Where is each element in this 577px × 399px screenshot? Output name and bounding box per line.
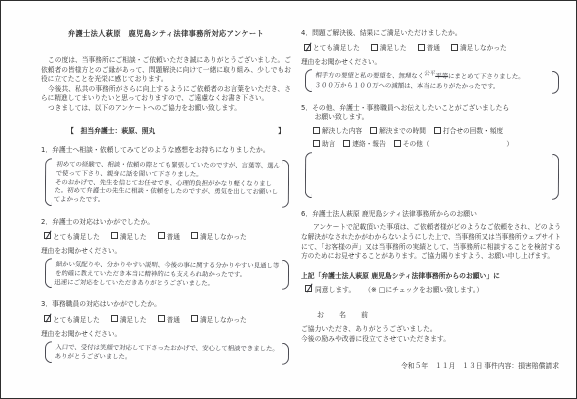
- option-label: 解決までの時間: [379, 125, 426, 135]
- intro-paragraph-3: つきましては、以下のアンケートへのご協力をお願い致します。: [41, 104, 291, 114]
- checkbox-icon: [111, 315, 118, 322]
- checkbox-icon: [304, 44, 311, 51]
- option-label: 満足しなかった: [200, 314, 247, 324]
- answer-option: 満足した: [111, 231, 147, 241]
- option-label: 満足した: [120, 314, 147, 324]
- question-5-answer-box-empty: [305, 152, 559, 200]
- topic-option: 助言: [313, 138, 335, 148]
- option-label: とても満足した: [313, 42, 360, 52]
- document-title: 弁護士法人萩原 鹿児島シティ法律事務所対応アンケート: [41, 29, 291, 39]
- handwritten-answer-5-empty: [313, 152, 551, 200]
- closing-line-2: 今後の励みや改善に役立てさせていただきます。: [301, 334, 561, 344]
- reason-prompt: 理由をお聞かせください。: [301, 56, 561, 66]
- checkbox-icon: [158, 315, 165, 322]
- scanned-survey-document: 弁護士法人萩原 鹿児島シティ法律事務所対応アンケート この度は、当事務所にご相談…: [0, 0, 577, 399]
- paren-left-icon: [45, 258, 52, 288]
- question-3-options: とても満足した 満足した 普通 満足しなかった: [41, 314, 291, 324]
- option-label: とても満足した: [53, 314, 100, 324]
- paren-left-icon: [305, 152, 312, 198]
- answer-option: とても満足した: [304, 42, 360, 52]
- paren-right-icon: [552, 154, 559, 200]
- question-2-text: 2．弁護士の対応はいかがでしたか。: [41, 218, 291, 227]
- answer-option: とても満足した: [44, 314, 100, 324]
- question-5: 5．その他、弁護士・事務職員へお伝えしたいことがございましたら お願い致します。…: [301, 104, 561, 199]
- answer-option: 満足しなかった: [191, 314, 247, 324]
- answer-option: 普通: [158, 314, 180, 324]
- checkbox-icon: [451, 44, 458, 51]
- option-label: 打合せの回数・頻度: [443, 125, 503, 135]
- answer-option: 満足した: [371, 42, 407, 52]
- checkbox-icon: [343, 140, 350, 147]
- answer-4-line2: ３００万から１００万への減額は、本当にありがたかったです。: [314, 81, 499, 90]
- reason-prompt: 理由をお聞かせください。: [41, 328, 291, 338]
- paren-right-icon: [282, 160, 289, 208]
- paren-left-icon: [45, 158, 52, 206]
- handwritten-answer-1: 初めての経験で、相談・依頼の際とても緊張していたのですが、言葉等、選んで使って下…: [53, 158, 281, 208]
- question-3-answer-box: 入口で、受付は笑顔で対応して下さったおかげで、安心して相談できました。 ありがと…: [45, 341, 289, 364]
- reason-prompt: 理由をお聞かせください。: [41, 245, 291, 255]
- paren-right-icon: [552, 71, 559, 94]
- question-5-topics-row-2: 助言 連絡・報告 その他（ ）: [301, 138, 513, 148]
- question-1-answer-box: 初めての経験で、相談・依頼の際とても緊張していたのですが、言葉等、選んで使って下…: [45, 158, 289, 208]
- checkbox-icon: [434, 127, 441, 134]
- paren-left-icon: [305, 69, 312, 92]
- answer-4-correction: 公平: [424, 71, 436, 77]
- topic-option: その他（: [394, 138, 430, 148]
- intro-paragraph-1: この度は、当事務所にご相談・ご依頼いただき誠にありがとうございました。ご依頼者の…: [41, 56, 291, 85]
- option-label: 満足した: [380, 42, 407, 52]
- paren-right-icon: [282, 342, 289, 364]
- handwritten-answer-4: 相手方の要望と私の要望を、無理なく公平平等にまとめて下さりました。３００万から１…: [314, 69, 550, 93]
- consent-intro-line: 上記「弁護士法人萩原 鹿児島シティ法律事務所からのお願い」に: [301, 270, 561, 280]
- attorney-in-charge-line: 【 担当弁護士：萩原、照丸 】: [41, 125, 291, 135]
- checkbox-icon: [191, 232, 198, 239]
- topic-option: 解決までの時間: [370, 125, 426, 135]
- consent-label: 同意します。: [315, 284, 355, 294]
- paren-right-icon: [282, 260, 289, 290]
- option-label: とても満足した: [53, 231, 100, 241]
- closing-lines: ご協力いただき、ありがとうございました。 今後の励みや改善に役立てさせていただき…: [301, 324, 561, 344]
- question-4: 4．問題ご解決後、結果にご満足いただけましたか。 とても満足した 満足した 普通…: [301, 29, 561, 93]
- question-2-answer-box: 細かい気配りや、分かりやすい説明、今後の事に関する分かりやすい見通し等を的確に教…: [45, 258, 289, 290]
- question-1: 1．弁護士へ相談・依頼してみてどのような感想をお持ちになりましたか。 初めての経…: [41, 146, 291, 207]
- answer-4-part1: 相手方の要望と私の要望を、無理なく: [315, 71, 424, 80]
- checkbox-icon: [44, 232, 51, 239]
- intro-paragraph-2: 今後共、私共の事務所がさらに向上するようにご依頼者のお言葉をいただき、さらに精進…: [41, 85, 291, 104]
- checkbox-icon: [418, 44, 425, 51]
- question-2-options: とても満足した 満足した 普通 満足しなかった: [41, 231, 291, 241]
- handwritten-answer-2: 細かい気配りや、分かりやすい説明、今後の事に関する分かりやすい見通し等を的確に教…: [54, 258, 280, 290]
- answer-option: とても満足した: [44, 231, 100, 241]
- question-4-text: 4．問題ご解決後、結果にご満足いただけましたか。: [301, 29, 561, 38]
- option-label: 助言: [322, 138, 335, 148]
- question-6-heading: 6．弁護士法人萩原 鹿児島シティ法律事務所からのお願い: [301, 210, 561, 219]
- attorney-names: 【 担当弁護士：萩原、照丸: [67, 125, 155, 135]
- answer-option: 普通: [158, 231, 180, 241]
- question-2: 2．弁護士の対応はいかがでしたか。 とても満足した 満足した 普通 満足しなかっ…: [41, 218, 291, 290]
- survey-page-2: 4．問題ご解決後、結果にご満足いただけましたか。 とても満足した 満足した 普通…: [301, 21, 561, 370]
- handwritten-answer-3: 入口で、受付は笑顔で対応して下さったおかげで、安心して相談できました。 ありがと…: [54, 341, 280, 364]
- answer-option: 満足しなかった: [191, 231, 247, 241]
- question-3: 3．事務職員の対応はいかがでしたか。 とても満足した 満足した 普通 満足しなか…: [41, 300, 291, 363]
- option-label: 普通: [167, 314, 180, 324]
- question-6-paragraph: アンケートで記載頂いた事項は、ご依頼者様がどのようなご依頼をされ、どのような解決…: [301, 223, 561, 261]
- answer-option: 満足した: [111, 314, 147, 324]
- option-label: 解決した内容: [322, 125, 362, 135]
- question-4-answer-box: 相手方の要望と私の要望を、無理なく公平平等にまとめて下さりました。３００万から１…: [305, 69, 559, 93]
- checkbox-icon: [191, 315, 198, 322]
- checkbox-icon: [370, 127, 377, 134]
- paren-left-icon: [45, 341, 52, 363]
- checkbox-icon: [394, 140, 401, 147]
- question-4-options: とても満足した 満足した 普通 満足しなかった: [301, 42, 561, 52]
- checkbox-icon: [371, 44, 378, 51]
- attorney-bracket-close: 】: [278, 125, 285, 135]
- checkbox-icon: [111, 232, 118, 239]
- question-6: 6．弁護士法人萩原 鹿児島シティ法律事務所からのお願い アンケートで記載頂いた事…: [301, 210, 561, 294]
- name-field-label: お 名 前: [301, 310, 561, 320]
- footer-line: 令和５年 １１月 １３日 事件内容：損害賠償請求: [301, 360, 561, 370]
- topic-option: 連絡・報告: [343, 138, 385, 148]
- option-label: 満足しなかった: [200, 231, 247, 241]
- consent-line: 同意します。 （※ □にチェックをお願い致します。）: [301, 284, 561, 294]
- option-label: 満足した: [120, 231, 147, 241]
- checkbox-icon: [313, 127, 320, 134]
- closing-line-1: ご協力いただき、ありがとうございました。: [301, 324, 561, 334]
- answer-option: 満足しなかった: [451, 42, 507, 52]
- consent-checkbox-icon: [305, 285, 312, 292]
- answer-option: 普通: [418, 42, 440, 52]
- question-5-topics-row-1: 解決した内容 解決までの時間 打合せの回数・頻度: [301, 125, 561, 135]
- topic-option: 解決した内容: [313, 125, 362, 135]
- intro-paragraphs: この度は、当事務所にご相談・ご依頼いただき誠にありがとうございました。ご依頼者の…: [41, 56, 291, 114]
- checkbox-icon: [313, 140, 320, 147]
- document-date: 令和５年 １１月 １３日: [401, 360, 483, 370]
- option-label: 普通: [427, 42, 440, 52]
- case-type: 事件内容：損害賠償請求: [484, 360, 559, 370]
- question-3-text: 3．事務職員の対応はいかがでしたか。: [41, 300, 291, 309]
- survey-page-1: 弁護士法人萩原 鹿児島シティ法律事務所対応アンケート この度は、当事務所にご相談…: [41, 29, 291, 363]
- answer-4-part2: にまとめて下さりました。: [448, 72, 525, 81]
- option-label: 連絡・報告: [352, 138, 385, 148]
- question-5-text: 5．その他、弁護士・事務職員へお伝えしたいことがございましたら お願い致します。: [301, 104, 561, 122]
- option-label: 普通: [167, 231, 180, 241]
- consent-note: （※ □にチェックをお願い致します。）: [364, 284, 483, 294]
- option-label: その他（: [403, 138, 430, 148]
- question-1-text: 1．弁護士へ相談・依頼してみてどのような感想をお持ちになりましたか。: [41, 146, 291, 155]
- checkbox-icon: [44, 315, 51, 322]
- answer-4-struck-word: 平等: [435, 72, 448, 80]
- option-label: 満足しなかった: [460, 42, 507, 52]
- topic-option: 打合せの回数・頻度: [434, 125, 503, 135]
- checkbox-icon: [158, 232, 165, 239]
- other-close-paren: ）: [506, 138, 513, 148]
